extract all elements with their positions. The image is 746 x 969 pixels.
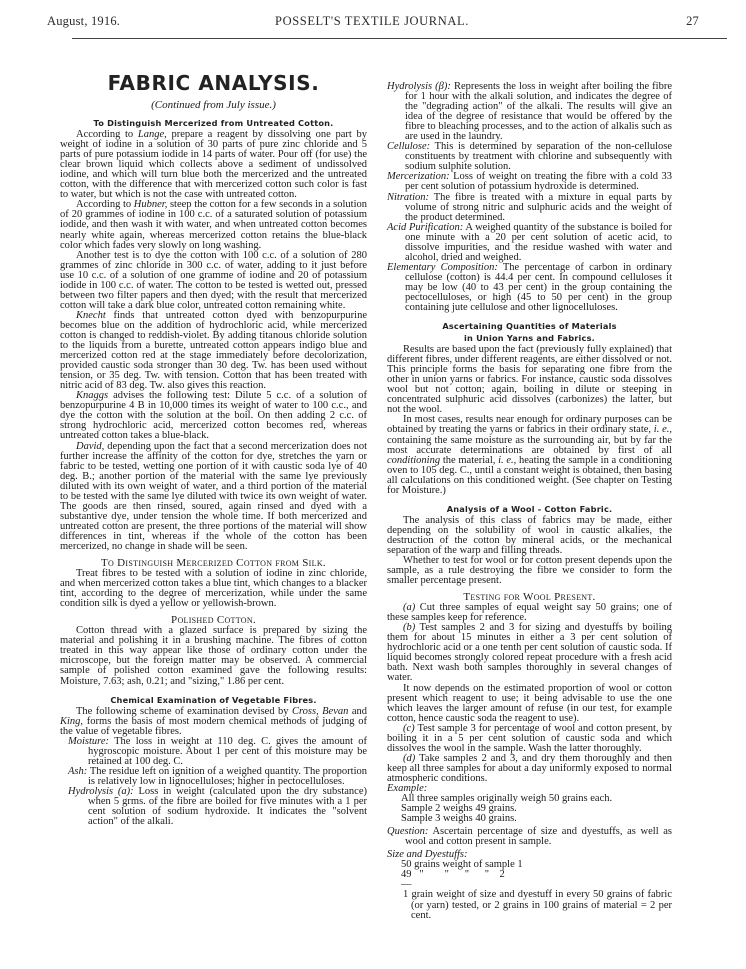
definition-hydrolysis-a: Hydrolysis (a): Loss in weight (calculat… (60, 787, 367, 827)
paragraph-hubner: According to Hubner, steep the cotton fo… (60, 200, 367, 250)
section-heading-ascertaining-2: in Union Yarns and Fabrics. (387, 333, 672, 343)
definition-nitration: Nitration: The fibre is treated with a m… (387, 193, 672, 223)
paragraph-polished: Cotton thread with a glazed surface is p… (60, 626, 367, 686)
definition-ash: Ash: The residue left on ignition of a w… (60, 767, 367, 787)
article-subtitle: (Continued from July issue.) (60, 100, 367, 110)
section-heading-wool-cotton: Analysis of a Wool - Cotton Fabric. (387, 504, 672, 514)
calc-line: 49 " " " " 2 (387, 870, 672, 880)
section-heading-mercerized: To Distinguish Mercerized from Untreated… (60, 118, 367, 128)
paragraph-another-test: Another test is to dye the cotton with 1… (60, 251, 367, 311)
page-number: 27 (686, 14, 699, 29)
section-heading-chemical: Chemical Examination of Vegetable Fibres… (60, 695, 367, 705)
calc-result: 1 grain weight of size and dyestuff in e… (387, 890, 672, 920)
right-column: Hydrolysis (β): Represents the loss in w… (387, 82, 672, 921)
definition-mercerization: Mercerization: Loss of weight on treatin… (387, 172, 672, 192)
left-column: FABRIC ANALYSIS. (Continued from July is… (60, 50, 367, 827)
section-heading-ascertaining-1: Ascertaining Quantities of Materials (387, 321, 672, 331)
step-c: (c) Test sample 3 for percentage of wool… (387, 724, 672, 754)
paragraph-knaggs: Knaggs advises the following test: Dilut… (60, 391, 367, 441)
running-head: August, 1916. POSSELT'S TEXTILE JOURNAL.… (47, 14, 697, 32)
paragraph-most-cases: In most cases, results near enough for o… (387, 415, 672, 495)
journal-name: POSSELT'S TEXTILE JOURNAL. (47, 14, 697, 29)
paragraph-silk: Treat fibres to be tested with a solutio… (60, 569, 367, 609)
paragraph-analysis: The analysis of this class of fabrics ma… (387, 516, 672, 556)
step-d: (d) Take samples 2 and 3, and dry them t… (387, 754, 672, 784)
example-line: Sample 3 weighs 40 grains. (387, 814, 672, 824)
article-title: FABRIC ANALYSIS. (60, 72, 367, 94)
journal-page: August, 1916. POSSELT'S TEXTILE JOURNAL.… (0, 0, 746, 969)
definition-moisture: Moisture: The loss in weight at 110 deg.… (60, 737, 367, 767)
definition-hydrolysis-b: Hydrolysis (β): Represents the loss in w… (387, 82, 672, 142)
header-rule (72, 38, 727, 39)
definition-elementary-composition: Elementary Composition: The percentage o… (387, 263, 672, 313)
paragraph-whether: Whether to test for wool or for cotton p… (387, 556, 672, 586)
step-a: (a) Cut three samples of equal weight sa… (387, 603, 672, 623)
section-heading-polished: Polished Cotton. (60, 615, 367, 625)
paragraph-knecht: Knecht finds that untreated cotton dyed … (60, 311, 367, 391)
section-heading-silk: To Distinguish Mercerized Cotton from Si… (60, 558, 367, 568)
paragraph-scheme: The following scheme of examination devi… (60, 707, 367, 737)
paragraph-depends: It now depends on the estimated proporti… (387, 684, 672, 724)
paragraph-results: Results are based upon the fact (previou… (387, 345, 672, 415)
paragraph-david: David, depending upon the fact that a se… (60, 442, 367, 553)
paragraph-lange: According to Lange, prepare a reagent by… (60, 130, 367, 200)
question: Question: Ascertain percentage of size a… (387, 827, 672, 847)
step-b: (b) Test samples 2 and 3 for sizing and … (387, 623, 672, 683)
section-heading-testing-wool: Testing for Wool Present. (387, 592, 672, 602)
definition-acid-purification: Acid Purification: A weighed quantity of… (387, 223, 672, 263)
definition-cellulose: Cellulose: This is determined by separat… (387, 142, 672, 172)
